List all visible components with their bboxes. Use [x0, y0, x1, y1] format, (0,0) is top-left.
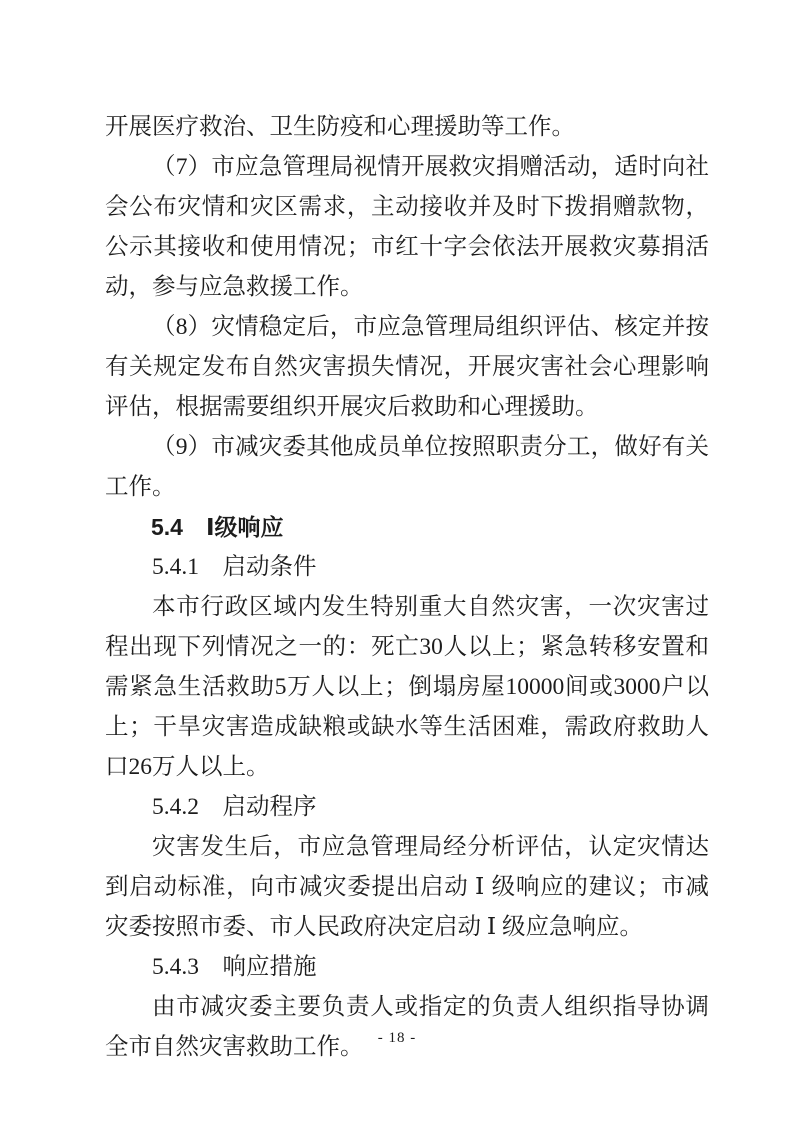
section-heading-5-4: 5.4 Ⅰ级响应: [105, 507, 709, 547]
paragraph-activation-conditions: 本市行政区域内发生特别重大自然灾害，一次灾害过程出现下列情况之一的：死亡30人以…: [105, 587, 709, 787]
paragraph-item-7-donations: （7）市应急管理局视情开展救灾捐赠活动，适时向社会公布灾情和灾区需求，主动接收并…: [105, 147, 709, 307]
paragraph-response-measures: 由市减灾委主要负责人或指定的负责人组织指导协调全市自然灾害救助工作。: [105, 987, 709, 1067]
subsection-heading-5-4-3: 5.4.3 响应措施: [105, 947, 709, 987]
page-number: - 18 -: [378, 1030, 417, 1046]
subsection-heading-5-4-1: 5.4.1 启动条件: [105, 547, 709, 587]
page-footer: - 18 -: [0, 1028, 794, 1048]
paragraph-item-8-assessment: （8）灾情稳定后，市应急管理局组织评估、核定并按有关规定发布自然灾害损失情况，开…: [105, 307, 709, 427]
paragraph-item-9-other-duties: （9）市减灾委其他成员单位按照职责分工，做好有关工作。: [105, 427, 709, 507]
paragraph-medical-relief-continuation: 开展医疗救治、卫生防疫和心理援助等工作。: [105, 107, 709, 147]
paragraph-activation-procedure: 灾害发生后，市应急管理局经分析评估，认定灾情达到启动标准，向市减灾委提出启动 Ⅰ…: [105, 827, 709, 947]
document-page: 开展医疗救治、卫生防疫和心理援助等工作。 （7）市应急管理局视情开展救灾捐赠活动…: [0, 0, 794, 1122]
page-content: 开展医疗救治、卫生防疫和心理援助等工作。 （7）市应急管理局视情开展救灾捐赠活动…: [105, 107, 709, 1067]
subsection-heading-5-4-2: 5.4.2 启动程序: [105, 787, 709, 827]
